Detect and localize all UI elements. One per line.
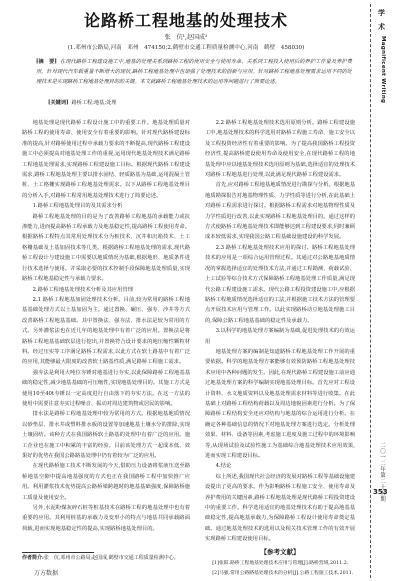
abstract-label: [摘 要] bbox=[36, 59, 57, 65]
paragraph: 在现代路桥施工技术不断发展的今天,借助压力设备将浆液压送至路桥地基空隙中提高地基… bbox=[22, 461, 190, 503]
section-heading: 1.路桥工程地基处理目的及其需求分析 bbox=[22, 201, 190, 211]
article-affiliation: (1.邓州市公路局,河南 邓州 474150;2.鹤壁市交通工程质量检测中心,河… bbox=[20, 43, 352, 51]
paragraph: 首先,应对路桥工程地基地质情况进行勘探与分析。根据地基地质勘探报告对地基物理性质… bbox=[205, 180, 355, 242]
paragraph: 2.3 路桥工程地基处理技术应用的探讨。路桥工程地基处理技术的应用是一项综合运用… bbox=[205, 243, 355, 326]
paragraph: 另外,水泥粉煤灰碎石桩等桩基技术在路桥工程的地基处理中也有着重要的应用。其利用桩… bbox=[22, 503, 190, 534]
keywords: [关键词]路桥工程;地基;处理 bbox=[48, 99, 116, 106]
keywords-label: [关键词] bbox=[48, 100, 68, 106]
right-column: 2.2 路桥工程地基处理技术选用原则分析。路桥工程建设施工中,地基处理技术的科学… bbox=[205, 118, 355, 579]
sidebar-mark-shu: 术 bbox=[378, 22, 385, 32]
sidebar-dashed-divider bbox=[370, 4, 371, 578]
abstract-text: 在现代路桥工程建设施工中,地基的处理关系到路桥工程的使用安全与使用寿命、关系到工… bbox=[36, 59, 352, 85]
paragraph: 排水法是路桥工程地基处理中较为常用的方式。根据地基地质情况以砂垫层、排水井或塑料… bbox=[22, 409, 190, 461]
journal-brand: Magnificent Writing bbox=[376, 36, 386, 111]
footnote-label: 作者简介: bbox=[22, 555, 44, 561]
article-authors: 张 伉¹,赵国成² bbox=[0, 32, 372, 41]
author-footnote: 作者简介:张 伉,邓州市公路局;赵国成,鹤壁市交通工程质量检测中心。 bbox=[22, 554, 179, 561]
footnote-text: 张 伉,邓州市公路局;赵国成,鹤壁市交通工程质量检测中心。 bbox=[44, 555, 179, 561]
keywords-text: 路桥工程;地基;处理 bbox=[71, 100, 116, 106]
section-heading: 2.路桥工程地基处理技术分析及其应用管理 bbox=[22, 285, 190, 295]
section-heading: 3.以科学的地基处理方案编制为基础,促进处理技术的有效运用 bbox=[205, 326, 355, 347]
reference-item: [2]马强.常用公路路基处理技术的分析[J].公路工程施工技术,2011. bbox=[205, 569, 355, 579]
section-heading: 4.结论 bbox=[205, 461, 355, 471]
article-title: 论路桥工程地基的处理技术 bbox=[0, 8, 372, 31]
abstract: [摘 要]在现代路桥工程建设施工中,地基的处理关系到路桥工程的使用安全与使用寿命… bbox=[36, 57, 352, 87]
paragraph: 地基处理方案的编制是知道路桥工程地基处理工作开展的重要依据。科学的地基处理方案能… bbox=[205, 347, 355, 461]
paragraph: 2.2 路桥工程地基处理技术选用原则分析。路桥工程建设施工中,地基处理技术的科学… bbox=[205, 118, 355, 180]
paragraph: 综上所述,我国现代社会经济的发展对路桥工程等基础设施建设提出了更高的要求。作为影… bbox=[205, 472, 355, 545]
page-number: 353 bbox=[373, 488, 388, 496]
footnote-divider bbox=[22, 552, 94, 553]
paragraph: 路桥工程地基处理的目的是为了改善路桥工程地基的承载能力或抗渗能力,进而提高路桥工… bbox=[22, 212, 190, 285]
references-heading: 【参考文献】 bbox=[205, 547, 355, 557]
watermark: 万方数据 bbox=[34, 568, 58, 577]
paragraph: 地基处理是现代路桥工程设计施工中的重要工作。地基处理质量对路桥工程的使用寿命、使… bbox=[22, 118, 190, 201]
left-column: 地基处理是现代路桥工程设计施工中的重要工作。地基处理质量对路桥工程的使用寿命、使… bbox=[22, 118, 190, 534]
sidebar-mark-xue: 学 bbox=[378, 8, 385, 18]
paragraph: 强夯法是利用大吨位夯锤对地基进行夯实,以此保障路桥工程地基基础的稳定性,减少地基… bbox=[22, 368, 190, 410]
paragraph: 2.1 路桥工程地基加固处理技术分析。目前,较为常用的路桥工程地基基础处理方式以… bbox=[22, 295, 190, 368]
reference-item: [1]张阳.路桥工程地基处理技术应用与管理[J].路桥营域,2011.2. bbox=[205, 559, 355, 569]
